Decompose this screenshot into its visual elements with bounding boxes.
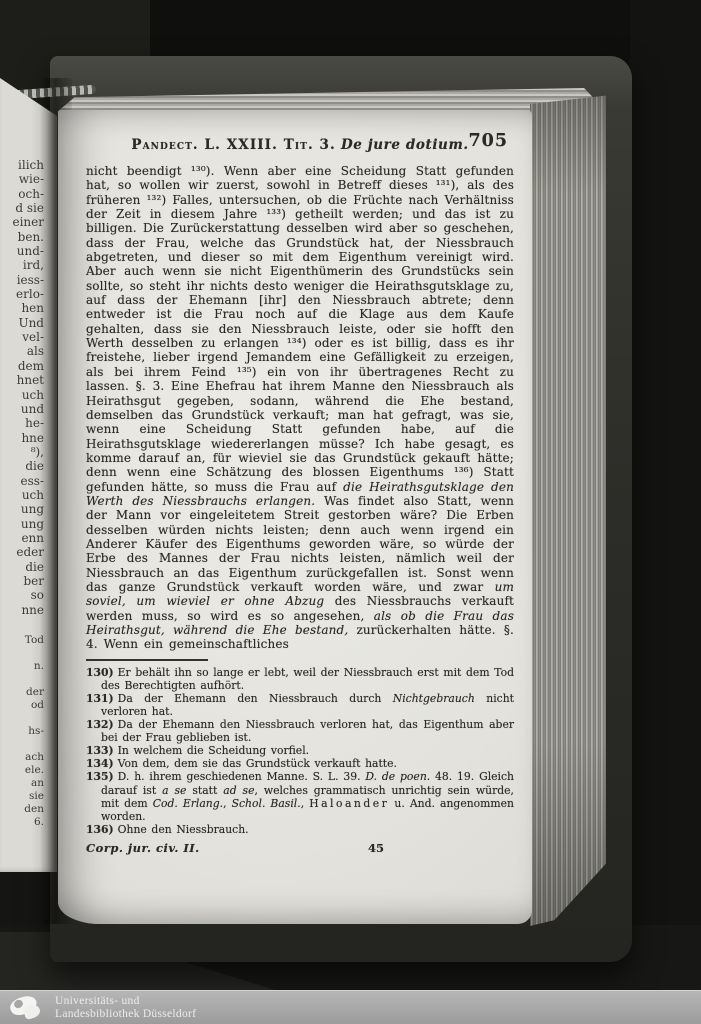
footnote-131: 131)Da der Ehemann den Niessbrauch durch… <box>86 692 514 718</box>
chapter-title: De jure dotium. <box>341 137 469 153</box>
main-text-paragraph: nicht beendigt ¹³⁰). Wenn aber eine Sche… <box>86 164 514 652</box>
footnote-text: In welchem die Scheidung vorfiel. <box>118 744 309 757</box>
footnote-number: 134) <box>86 757 114 770</box>
volume-signature: Corp. jur. civ. II. <box>86 841 200 855</box>
footnote-text: , <box>301 797 310 810</box>
footnote-text-italic: Nichtgebrauch <box>393 692 475 705</box>
background-shade-right <box>630 0 701 1024</box>
footnote-number: 136) <box>86 823 114 836</box>
footnote-number: 130) <box>86 666 114 679</box>
footnote-text-italic: a se <box>162 784 186 797</box>
footnote-134: 134)Von dem, dem sie das Grundstück verk… <box>86 757 514 770</box>
footnote-130: 130)Er behält ihn so lange er lebt, weil… <box>86 666 514 692</box>
page-content: Pandect. L. XXIII. Tit. 3. De jure dotiu… <box>58 110 532 857</box>
footnote-text: statt <box>186 784 223 797</box>
book-page-705: Pandect. L. XXIII. Tit. 3. De jure dotiu… <box>58 110 532 924</box>
footnote-133: 133)In welchem die Scheidung vorfiel. <box>86 744 514 757</box>
running-header: Pandect. L. XXIII. Tit. 3. De jure dotiu… <box>86 134 514 156</box>
library-watermark-bar: Universitäts- und Landesbibliothek Düsse… <box>0 990 701 1024</box>
running-title: Pandect. L. XXIII. Tit. 3. <box>131 137 336 153</box>
footnote-number: 131) <box>86 692 114 705</box>
footnote-text: Da der Ehemann den Niessbrauch verloren … <box>101 718 514 744</box>
footnote-number: 132) <box>86 718 114 731</box>
footnote-text-italic: D. de poen. <box>365 770 430 783</box>
footnote-text: D. h. ihrem geschiedenen Manne. S. L. 39… <box>118 770 366 783</box>
sheet-number: 45 <box>368 841 384 855</box>
scanned-book-photo: ilich wie- och- d sie einer ben. und- ir… <box>0 0 701 1024</box>
footnote-text-italic: Schol. Basil. <box>232 797 301 810</box>
library-name: Universitäts- und Landesbibliothek Düsse… <box>55 995 196 1022</box>
footnote-text-spaced: Haloander <box>309 797 389 810</box>
footnotes-block: 130)Er behält ihn so lange er lebt, weil… <box>86 666 514 836</box>
footnote-text: Er behält ihn so lange er lebt, weil der… <box>101 666 514 692</box>
footnote-text-italic: Cod. Erlang. <box>153 797 223 810</box>
body-text-segment: Was findet also Statt, wenn der Mann vor… <box>86 494 514 594</box>
footnote-separator-rule <box>86 659 208 661</box>
footnote-135: 135)D. h. ihrem geschiedenen Manne. S. L… <box>86 770 514 822</box>
ulb-duesseldorf-logo-icon <box>7 993 47 1023</box>
library-name-line1: Universitäts- und <box>55 995 196 1009</box>
footnote-number: 135) <box>86 770 114 783</box>
footnote-text-italic: ad se <box>223 784 254 797</box>
footnote-text: Von dem, dem sie das Grundstück verkauft… <box>118 757 397 770</box>
footnote-number: 133) <box>86 744 114 757</box>
footnote-text: , <box>223 797 232 810</box>
library-name-line2: Landesbibliothek Düsseldorf <box>55 1008 196 1022</box>
page-number: 705 <box>468 131 508 151</box>
footnote-132: 132)Da der Ehemann den Niessbrauch verlo… <box>86 718 514 744</box>
page-stack-fore-edge <box>530 94 606 926</box>
footnote-text: Ohne den Niessbrauch. <box>118 823 249 836</box>
signature-line: Corp. jur. civ. II. 45 <box>86 841 514 857</box>
body-text-segment: nicht beendigt ¹³⁰). Wenn aber eine Sche… <box>86 164 514 494</box>
footnote-136: 136)Ohne den Niessbrauch. <box>86 823 514 836</box>
footnote-text: Da der Ehemann den Niessbrauch durch <box>118 692 393 705</box>
